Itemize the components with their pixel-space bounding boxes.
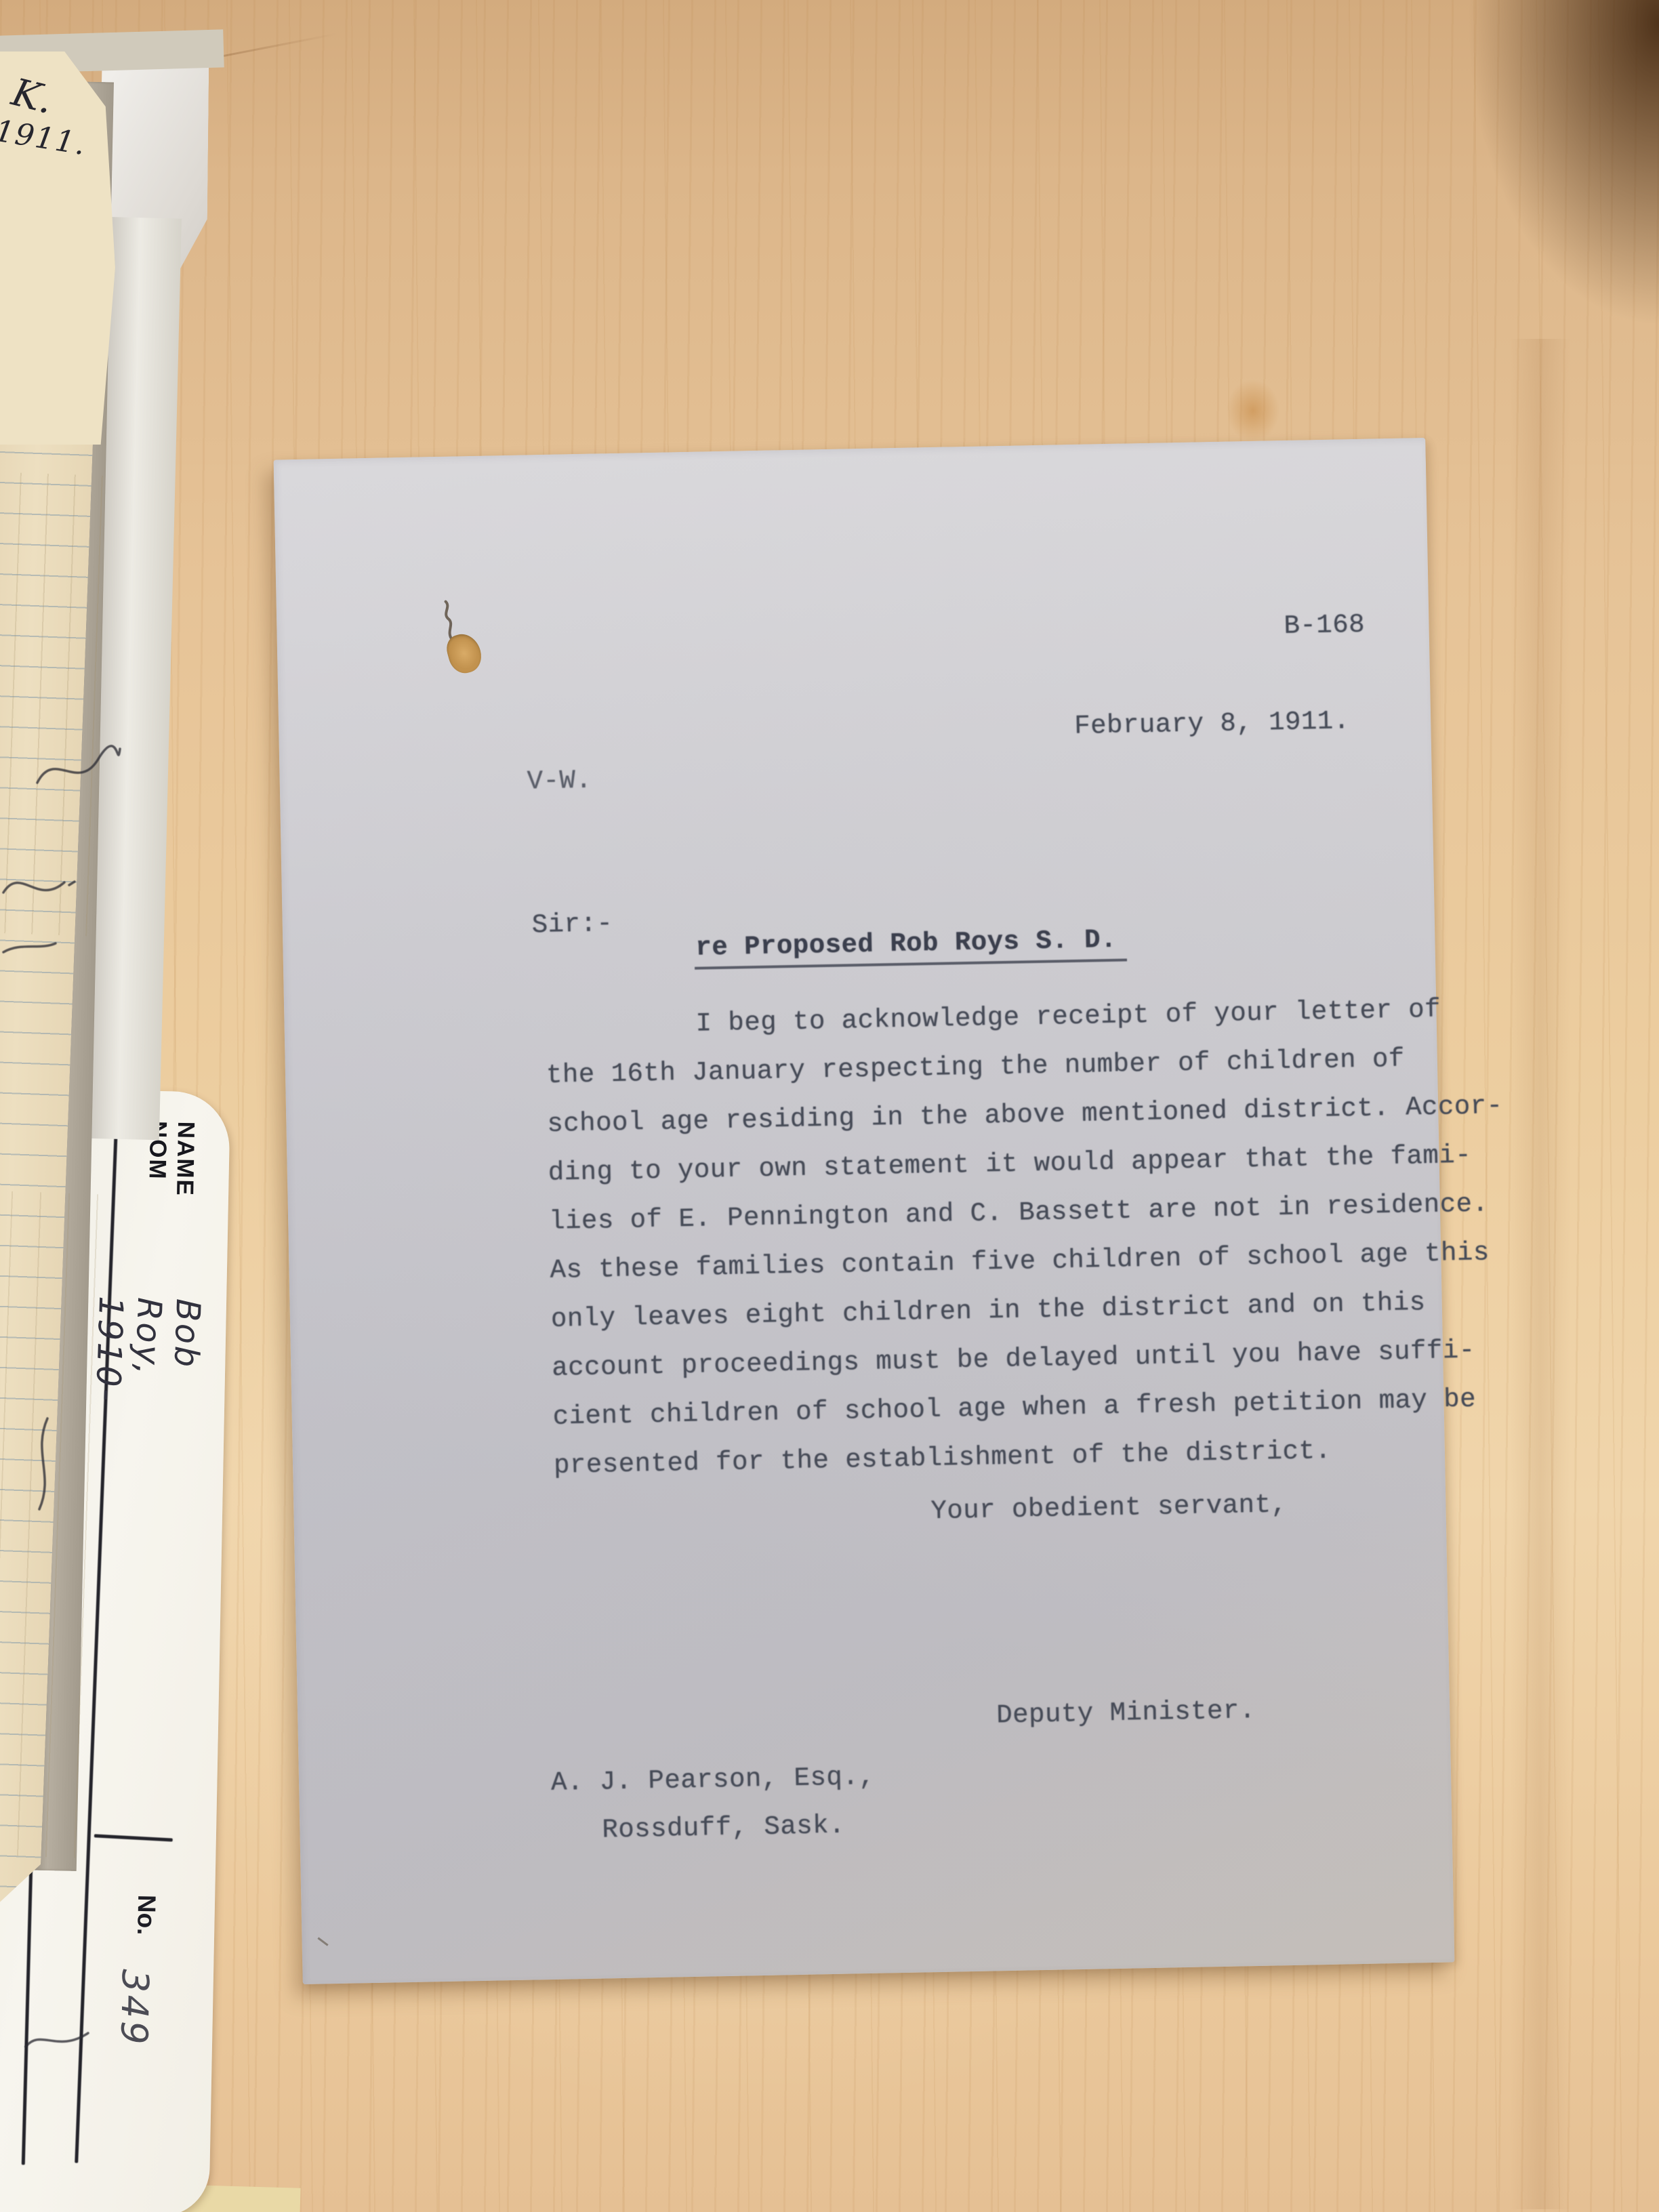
wood-grain-band: [1510, 339, 1571, 2209]
label-field-name: NAME: [171, 1121, 200, 1197]
label-divider-line: [94, 1834, 173, 1841]
letter-body: I beg to acknowledge receipt of your let…: [545, 994, 1456, 1499]
label-number-field: No.: [131, 1894, 161, 1935]
archive-photo: NAME NOM Bob Roy, 1910-1923; 1934- 1969 …: [0, 0, 1659, 2212]
letter-closing: Your obedient servant,: [930, 1490, 1288, 1526]
letter-salutation: Sir:-: [531, 909, 613, 940]
letter-reference-number: B-168: [1284, 610, 1365, 641]
typewritten-letter-sheet: B-168 February 8, 1911. V-W. Sir:- re Pr…: [274, 438, 1455, 1984]
wood-knot: [1227, 380, 1279, 442]
letter-date: February 8, 1911.: [1074, 706, 1350, 741]
recipient-address: Rossduff, Sask.: [602, 1811, 845, 1845]
handwriting-fragment: K.: [7, 70, 58, 123]
typist-initials: V-W.: [527, 766, 592, 797]
handwriting-squiggle: [0, 855, 81, 916]
handwriting-squiggle: [20, 2016, 95, 2064]
handwriting-squiggle: [30, 729, 125, 803]
handwriting-squiggle: [5, 1413, 80, 1515]
letter-subject-line: re Proposed Rob Roys S. D.: [694, 925, 1126, 970]
note-sheet: K. 1911.: [0, 52, 115, 445]
signature-title: Deputy Minister.: [996, 1696, 1256, 1730]
label-number-value: 349: [112, 1969, 157, 2047]
handwriting-squiggle: [0, 935, 61, 962]
handwriting-fragment-year: 1911.: [0, 114, 89, 163]
recipient-name: A. J. Pearson, Esq.,: [551, 1762, 876, 1798]
pencil-speck: [317, 1937, 328, 1946]
